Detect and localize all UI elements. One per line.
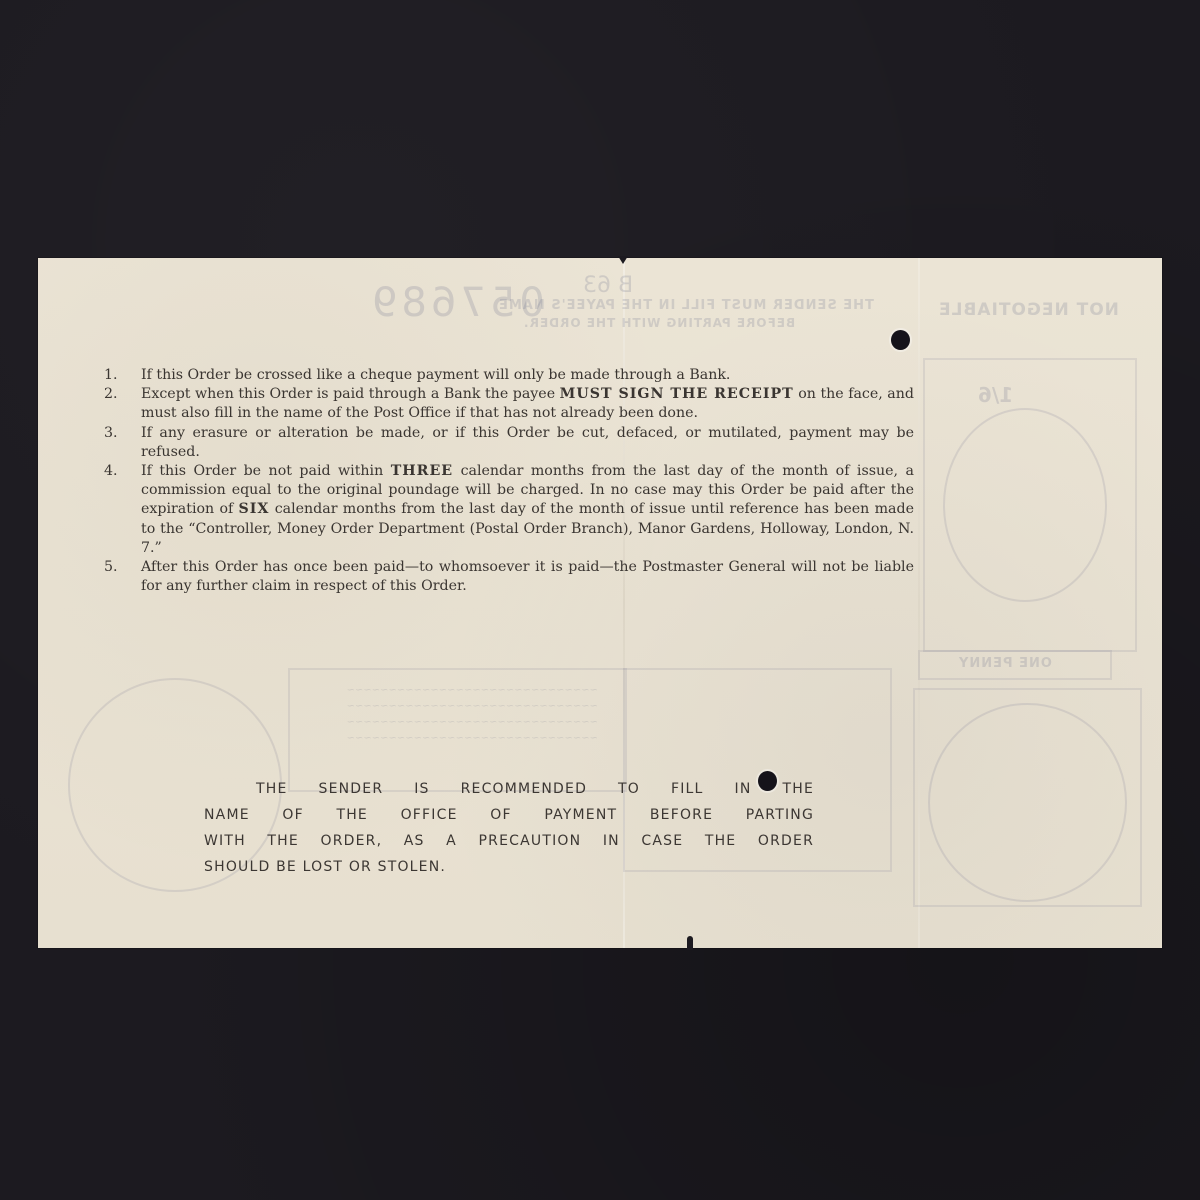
recommendation-line: SHOULD BE LOST OR STOLEN. bbox=[204, 854, 814, 880]
condition-item: 3. If any erasure or alteration be made,… bbox=[104, 424, 914, 462]
show-through-sender-notice-2: BEFORE PARTING WITH THE ORDER. bbox=[523, 316, 795, 330]
show-through-not-negotiable: NOT NEGOTIABLE bbox=[938, 300, 1119, 320]
condition-text-segment: If this Order be not paid within bbox=[141, 463, 391, 479]
bottom-edge-nick bbox=[687, 936, 693, 950]
recommendation-line: NAME OF THE OFFICE OF PAYMENT BEFORE PAR… bbox=[204, 802, 814, 828]
condition-number: 4. bbox=[104, 462, 141, 558]
condition-text-segment: Except when this Order is paid through a… bbox=[141, 386, 560, 402]
condition-emphasis: THREE bbox=[391, 463, 453, 479]
condition-item: 2. Except when this Order is paid throug… bbox=[104, 385, 914, 423]
condition-text: Except when this Order is paid through a… bbox=[141, 385, 914, 423]
recommendation-line: THE SENDER IS RECOMMENDED TO FILL IN THE bbox=[204, 776, 814, 802]
condition-text: After this Order has once been paid—to w… bbox=[141, 558, 914, 596]
conditions-list: 1. If this Order be crossed like a chequ… bbox=[104, 366, 914, 596]
condition-emphasis: SIX bbox=[239, 501, 270, 517]
condition-text-segment: If any erasure or alteration be made, or… bbox=[141, 425, 914, 460]
condition-text-segment: If this Order be crossed like a cheque p… bbox=[141, 367, 730, 383]
condition-text-segment: After this Order has once been paid—to w… bbox=[141, 559, 914, 594]
top-edge-nick bbox=[618, 256, 628, 264]
cancellation-punch-hole bbox=[891, 330, 910, 350]
condition-item: 4. If this Order be not paid within THRE… bbox=[104, 462, 914, 558]
condition-text: If any erasure or alteration be made, or… bbox=[141, 424, 914, 462]
condition-number: 2. bbox=[104, 385, 141, 423]
recommendation-line: WITH THE ORDER, AS A PRECAUTION IN CASE … bbox=[204, 828, 814, 854]
condition-item: 1. If this Order be crossed like a chequ… bbox=[104, 366, 914, 385]
condition-number: 1. bbox=[104, 366, 141, 385]
condition-emphasis: MUST SIGN THE RECEIPT bbox=[560, 386, 794, 402]
condition-number: 5. bbox=[104, 558, 141, 596]
postal-order-reverse: 057689 B 63 THE SENDER MUST FILL IN THE … bbox=[38, 258, 1162, 948]
condition-number: 3. bbox=[104, 424, 141, 462]
show-through-sender-notice-1: THE SENDER MUST FILL IN THE PAYEE'S NAME bbox=[498, 298, 874, 313]
sender-recommendation: THE SENDER IS RECOMMENDED TO FILL IN THE… bbox=[204, 776, 814, 880]
condition-text: If this Order be not paid within THREE c… bbox=[141, 462, 914, 558]
condition-text: If this Order be crossed like a cheque p… bbox=[141, 366, 914, 385]
show-through-serial-prefix: B 63 bbox=[583, 274, 633, 298]
show-through-value-circle bbox=[928, 703, 1127, 902]
show-through-fine-print: ~~~~~~~~~~~~~~~~~~~~~~~~~~~~~~~~~~~~~~~~… bbox=[318, 683, 598, 747]
condition-item: 5. After this Order has once been paid—t… bbox=[104, 558, 914, 596]
show-through-stamp-oval bbox=[943, 408, 1107, 602]
show-through-penny-label-box bbox=[918, 650, 1112, 680]
